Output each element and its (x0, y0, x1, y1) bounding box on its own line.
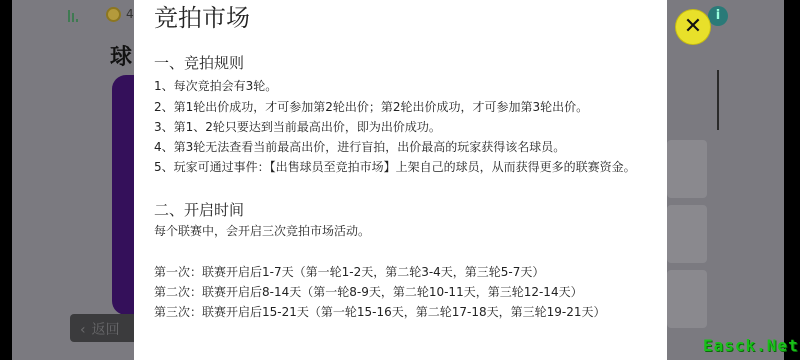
schedule-item: 第一次：联赛开启后1-7天（第一轮1-2天，第二轮3-4天，第三轮5-7天） (154, 263, 544, 280)
side-slot (667, 205, 707, 263)
chevron-left-icon: ‹ (80, 322, 86, 338)
left-bezel (0, 0, 12, 360)
rule-item: 4、第3轮无法查看当前最高出价，进行盲拍，出价最高的玩家获得该名球员。 (154, 138, 565, 155)
schedule-item: 第二次：联赛开启后8-14天（第一轮8-9天，第二轮10-11天，第三轮12-1… (154, 283, 583, 300)
modal-title: 竞拍市场 (154, 0, 250, 33)
schedule-item: 第三次：联赛开启后15-21天（第一轮15-16天，第二轮17-18天，第三轮1… (154, 303, 605, 320)
info-button[interactable]: i (708, 6, 728, 26)
info-icon: i (716, 8, 720, 23)
close-icon: ✕ (684, 14, 702, 39)
back-button-label: 返回 (92, 322, 120, 338)
close-button[interactable]: ✕ (676, 10, 710, 44)
side-slot (667, 270, 707, 328)
section-heading-open-time: 二、开启时间 (154, 199, 244, 220)
open-time-intro: 每个联赛中，会开启三次竞拍市场活动。 (154, 222, 370, 239)
rule-item: 5、玩家可通过事件：【出售球员至竞拍市场】上架自己的球员，从而获得更多的联赛资金… (154, 158, 636, 175)
signal-icon (68, 8, 82, 22)
rule-item: 2、第1轮出价成功，才可参加第2轮出价；第2轮出价成功，才可参加第3轮出价。 (154, 98, 588, 115)
right-bezel (784, 0, 800, 360)
background-page-title: 球 (110, 40, 132, 71)
coin-icon (106, 7, 121, 22)
game-screen: 4 球 ‹返回 竞拍市场 一、竞拍规则 1、每次竞拍会有3轮。 2、第1轮出价成… (0, 0, 800, 360)
side-slot (667, 140, 707, 198)
coin-count: 4 (126, 7, 134, 21)
auction-rules-modal: 竞拍市场 一、竞拍规则 1、每次竞拍会有3轮。 2、第1轮出价成功，才可参加第2… (134, 0, 667, 360)
section-heading-rules: 一、竞拍规则 (154, 52, 244, 73)
rule-item: 1、每次竞拍会有3轮。 (154, 77, 277, 94)
watermark: Easck.Net (703, 336, 799, 355)
rule-item: 3、第1、2轮只要达到当前最高出价，即为出价成功。 (154, 118, 441, 135)
scroll-indicator (717, 70, 719, 130)
